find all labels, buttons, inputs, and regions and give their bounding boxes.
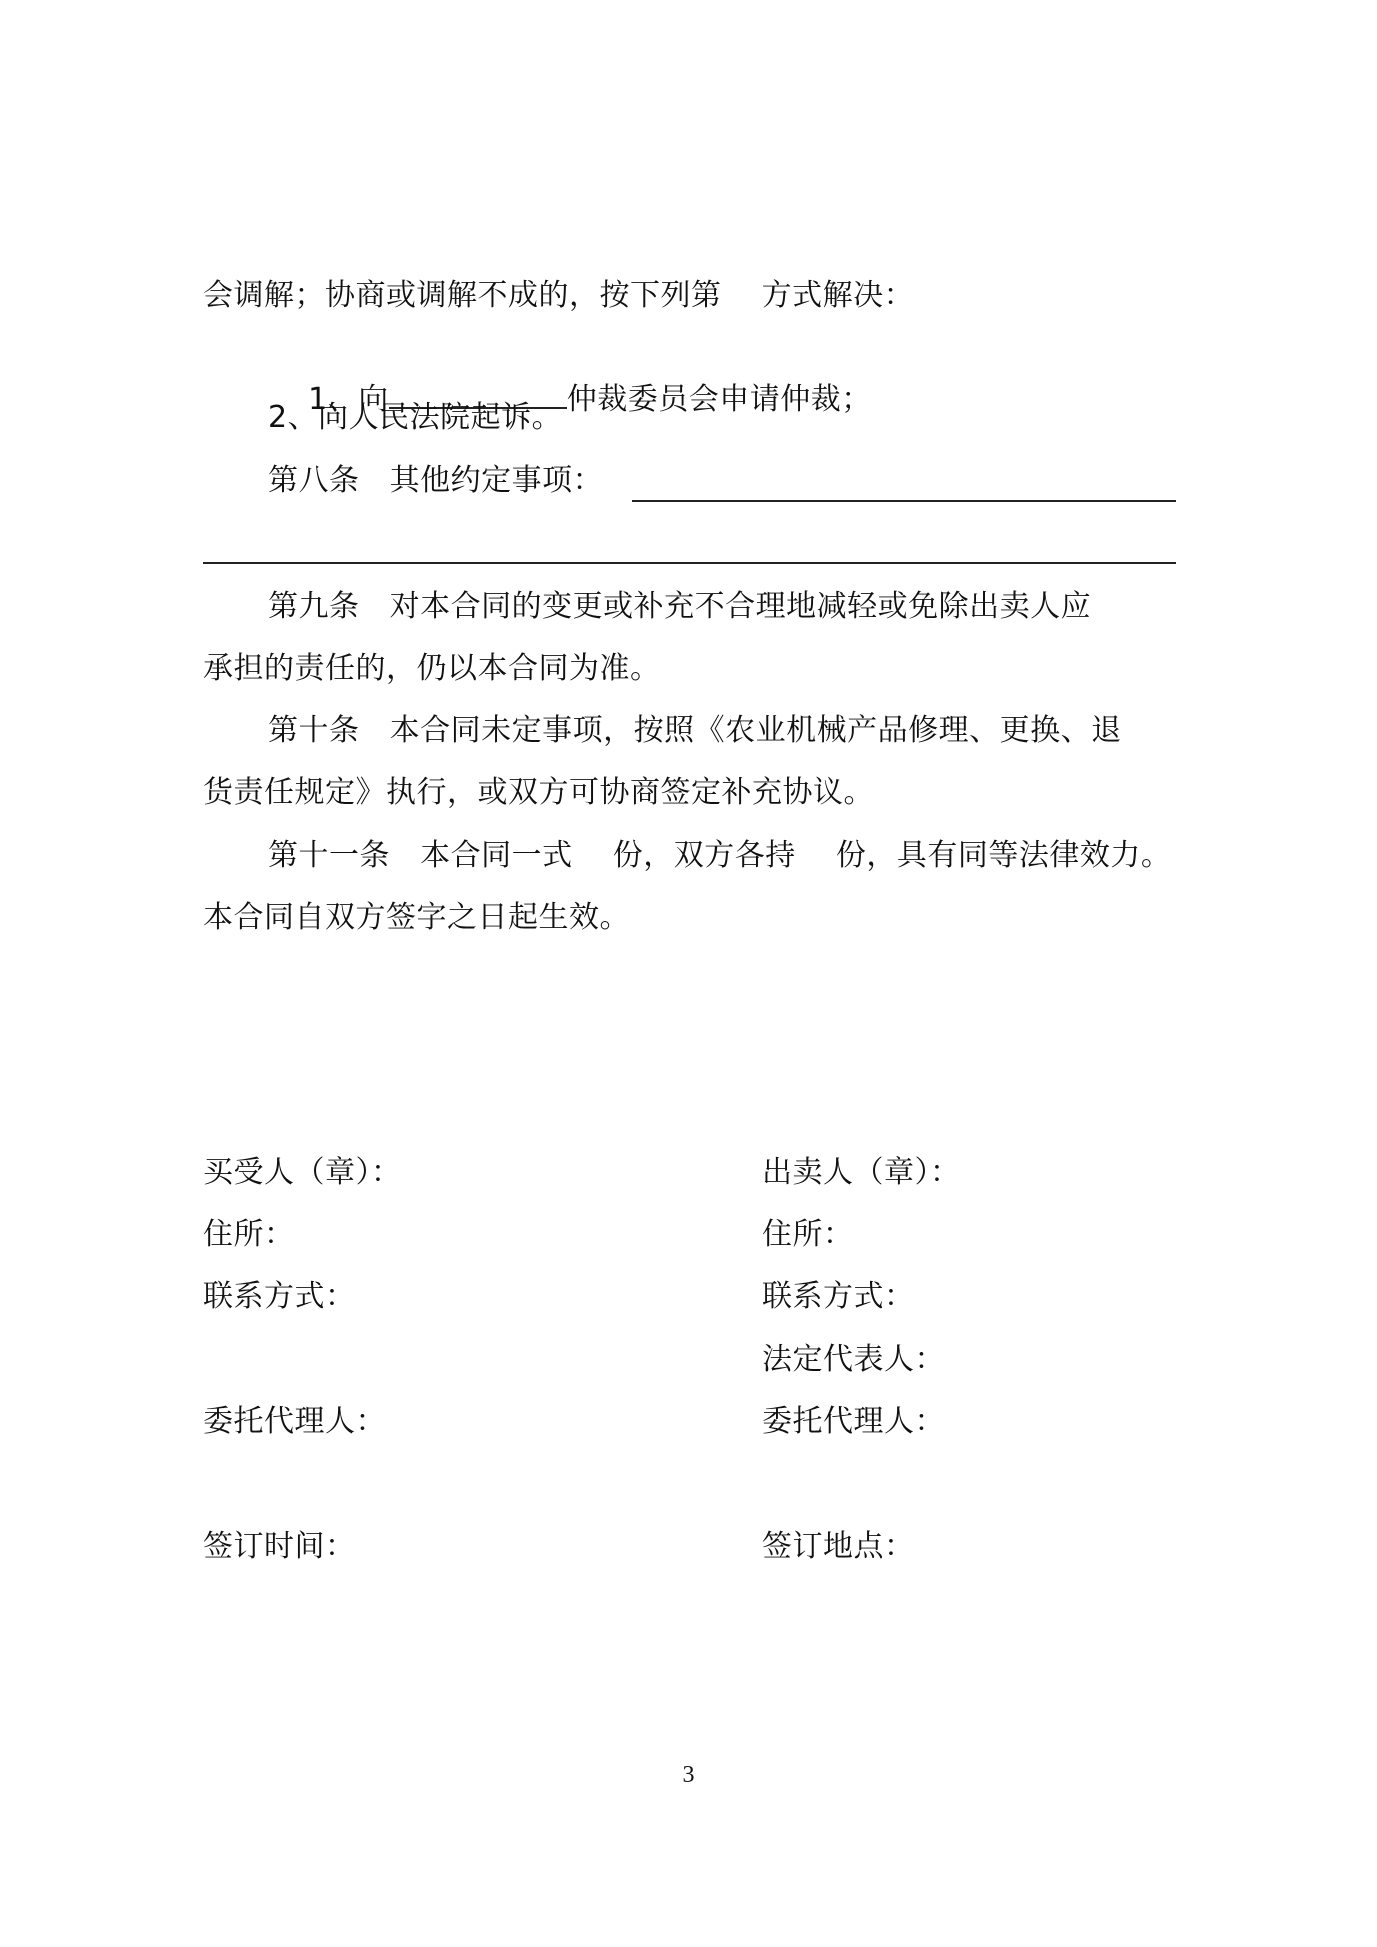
article-8-heading: 第八条 其他约定事项： — [268, 461, 603, 501]
article-9-line-2: 承担的责任的，仍以本合同为准。 — [203, 649, 661, 689]
option-suffix: 仲裁委员会申请仲裁； — [567, 382, 872, 417]
article-9-line-1: 第九条 对本合同的变更或补充不合理地减轻或免除出卖人应 — [268, 587, 1091, 627]
sign-place-label: 签订地点： — [762, 1527, 915, 1567]
seller-contact-label: 联系方式： — [762, 1277, 915, 1317]
paragraph-line: 会调解；协商或调解不成的，按下列第 方式解决： — [203, 276, 914, 316]
article-11-line-2: 本合同自双方签字之日起生效。 — [203, 898, 630, 938]
other-terms-blank-line-2[interactable] — [203, 562, 1176, 564]
seller-address-label: 住所： — [762, 1215, 854, 1255]
article-11-line-1: 第十一条 本合同一式 份，双方各持 份，具有同等法律效力。 — [268, 836, 1171, 876]
seller-seal-label: 出卖人（章）： — [762, 1153, 961, 1193]
buyer-agent-label: 委托代理人： — [203, 1402, 386, 1442]
buyer-contact-label: 联系方式： — [203, 1277, 356, 1317]
page-number: 3 — [0, 1762, 1377, 1789]
buyer-address-label: 住所： — [203, 1215, 295, 1255]
article-10-line-1: 第十条 本合同未定事项，按照《农业机械产品修理、更换、退 — [268, 711, 1122, 751]
other-terms-blank-line-1[interactable] — [632, 500, 1176, 502]
article-10-line-2: 货责任规定》执行，或双方可协商签定补充协议。 — [203, 773, 874, 813]
seller-legal-rep-label: 法定代表人： — [762, 1340, 945, 1380]
sign-time-label: 签订时间： — [203, 1527, 356, 1567]
litigation-option: 2、向人民法院起诉。 — [268, 398, 562, 438]
buyer-seal-label: 买受人（章）： — [203, 1153, 402, 1193]
seller-agent-label: 委托代理人： — [762, 1402, 945, 1442]
